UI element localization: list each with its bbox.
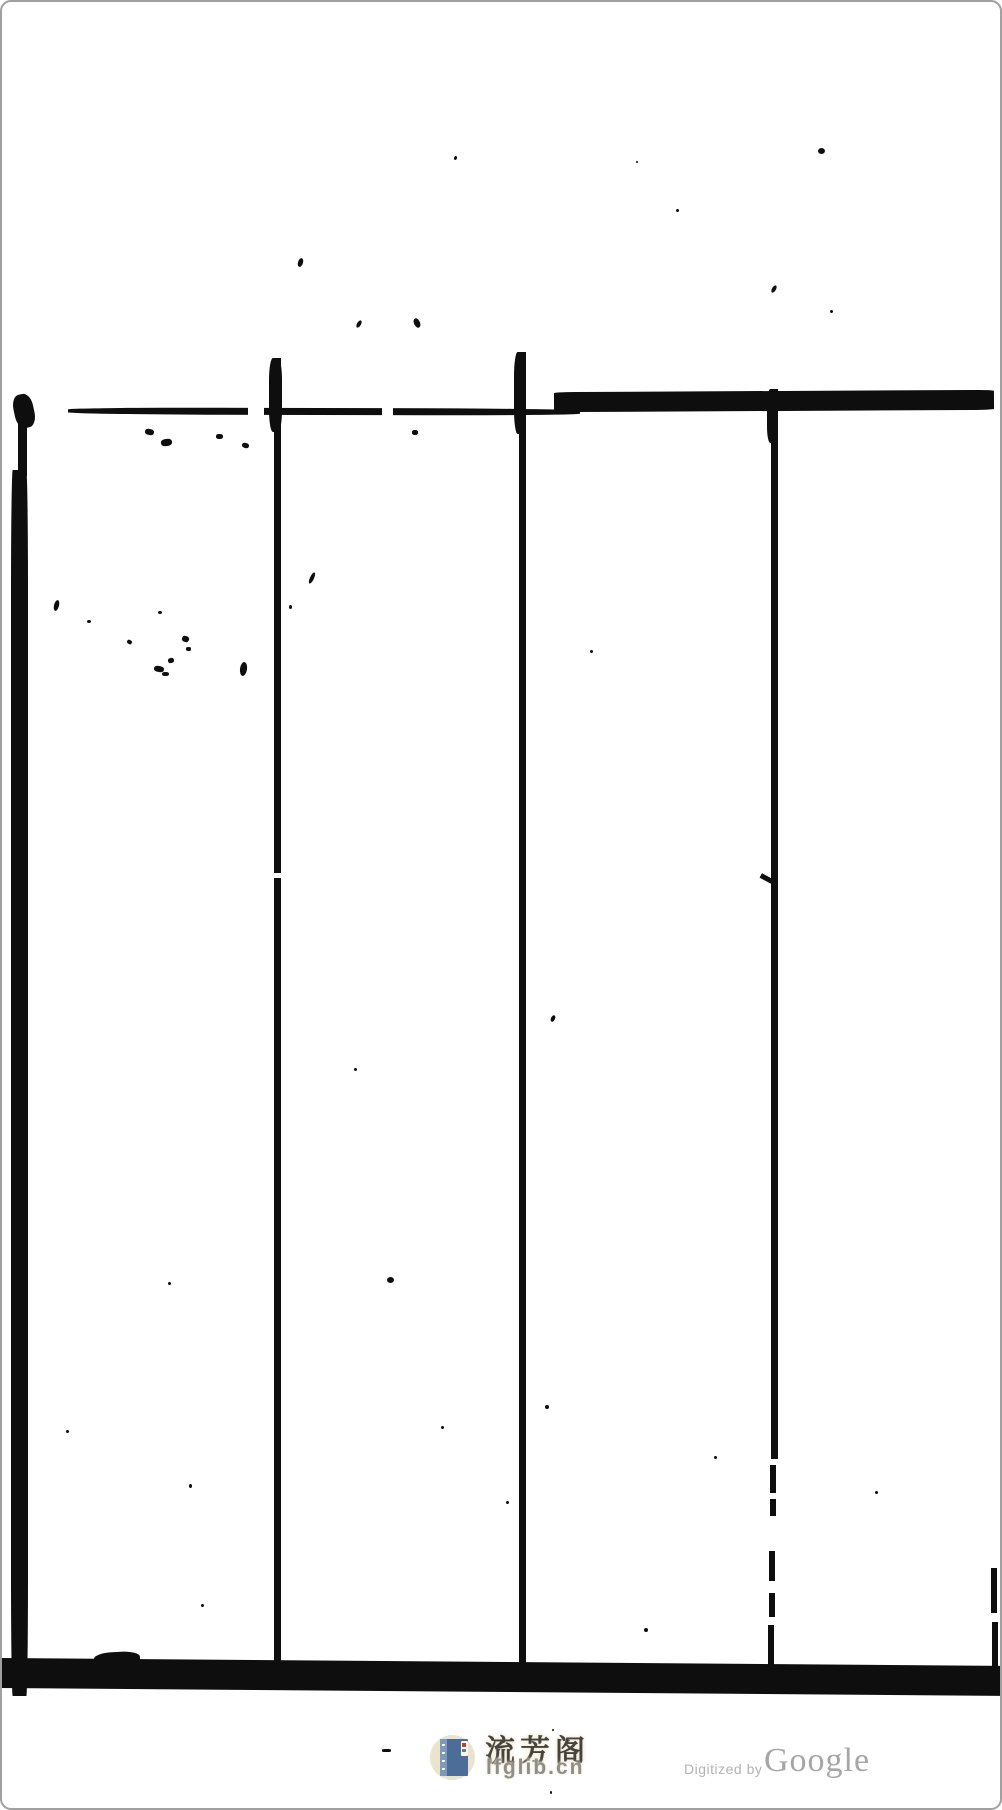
ink-speck [770,285,777,294]
book-stitch [442,1760,445,1762]
ink-speck [875,1491,878,1494]
column-line-2 [519,352,526,1668]
ink-speck [158,611,162,614]
column-line-3-dash [770,1499,776,1516]
ink-speck [412,317,422,329]
ink-speck [818,148,825,154]
ink-speck [66,1430,69,1433]
ink-speck [590,650,593,653]
book-stitch [442,1744,445,1746]
ink-speck [168,1282,171,1285]
frame-top-border-gap [382,403,393,417]
ink-speck [412,430,418,435]
ink-speck [676,209,679,212]
frame-top-border-gap [248,403,264,417]
ink-speck [186,647,191,651]
column-line-3-dash [770,1465,776,1493]
frame-left-border [11,470,28,1696]
frame-bottom-border [0,1658,1002,1696]
ink-speck [387,1277,394,1283]
ink-speck [167,657,174,663]
frame-top-border-thin [68,407,580,415]
ink-speck [308,572,317,585]
ink-speck [201,1604,204,1607]
frame-left-border-upper [18,420,27,476]
frame-right-border-seg [991,1568,997,1613]
ink-speck [830,310,833,313]
ink-speck [87,620,91,623]
book-seal [462,1743,466,1747]
column-line-1 [274,358,281,1665]
google-logo: Google [764,1742,870,1780]
ink-speck [354,1068,357,1071]
ink-speck [382,1749,391,1752]
book-stitch [442,1768,445,1770]
frame-right-border-seg [992,1622,998,1670]
digitized-by-label: Digitized by [684,1761,762,1777]
ink-speck [453,156,457,161]
ink-speck [216,434,223,439]
scanned-page: 流芳阁 lfglib.cn Digitized by Google [0,0,1002,1810]
ink-speck [145,428,155,435]
column-line-3-dash [769,1593,775,1617]
column-line-3-dash [769,1551,775,1581]
book-label-text [462,1749,466,1752]
ink-speck [644,1628,648,1632]
book-stitch [442,1752,445,1754]
ink-speck [53,600,61,612]
ink-speck [289,605,292,609]
ink-speck [550,1014,557,1022]
column-line-1-gap [272,873,283,878]
column-line-3-dash [768,1625,774,1669]
ink-speck [355,320,362,329]
ink-speck [162,672,169,676]
ink-speck [181,635,190,643]
ink-speck [506,1501,509,1504]
ink-speck [441,1426,444,1429]
ink-speck [636,161,638,163]
column-line-3 [771,389,778,1459]
ink-speck [714,1456,717,1459]
ink-speck [239,662,248,677]
ink-speck [550,1791,552,1794]
ink-speck [126,639,132,645]
ink-speck [545,1405,549,1409]
ink-speck [297,257,305,267]
site-url: lfglib.cn [486,1756,585,1780]
ink-speck [189,1484,192,1488]
ink-speck [161,438,173,446]
ink-speck [241,442,249,449]
